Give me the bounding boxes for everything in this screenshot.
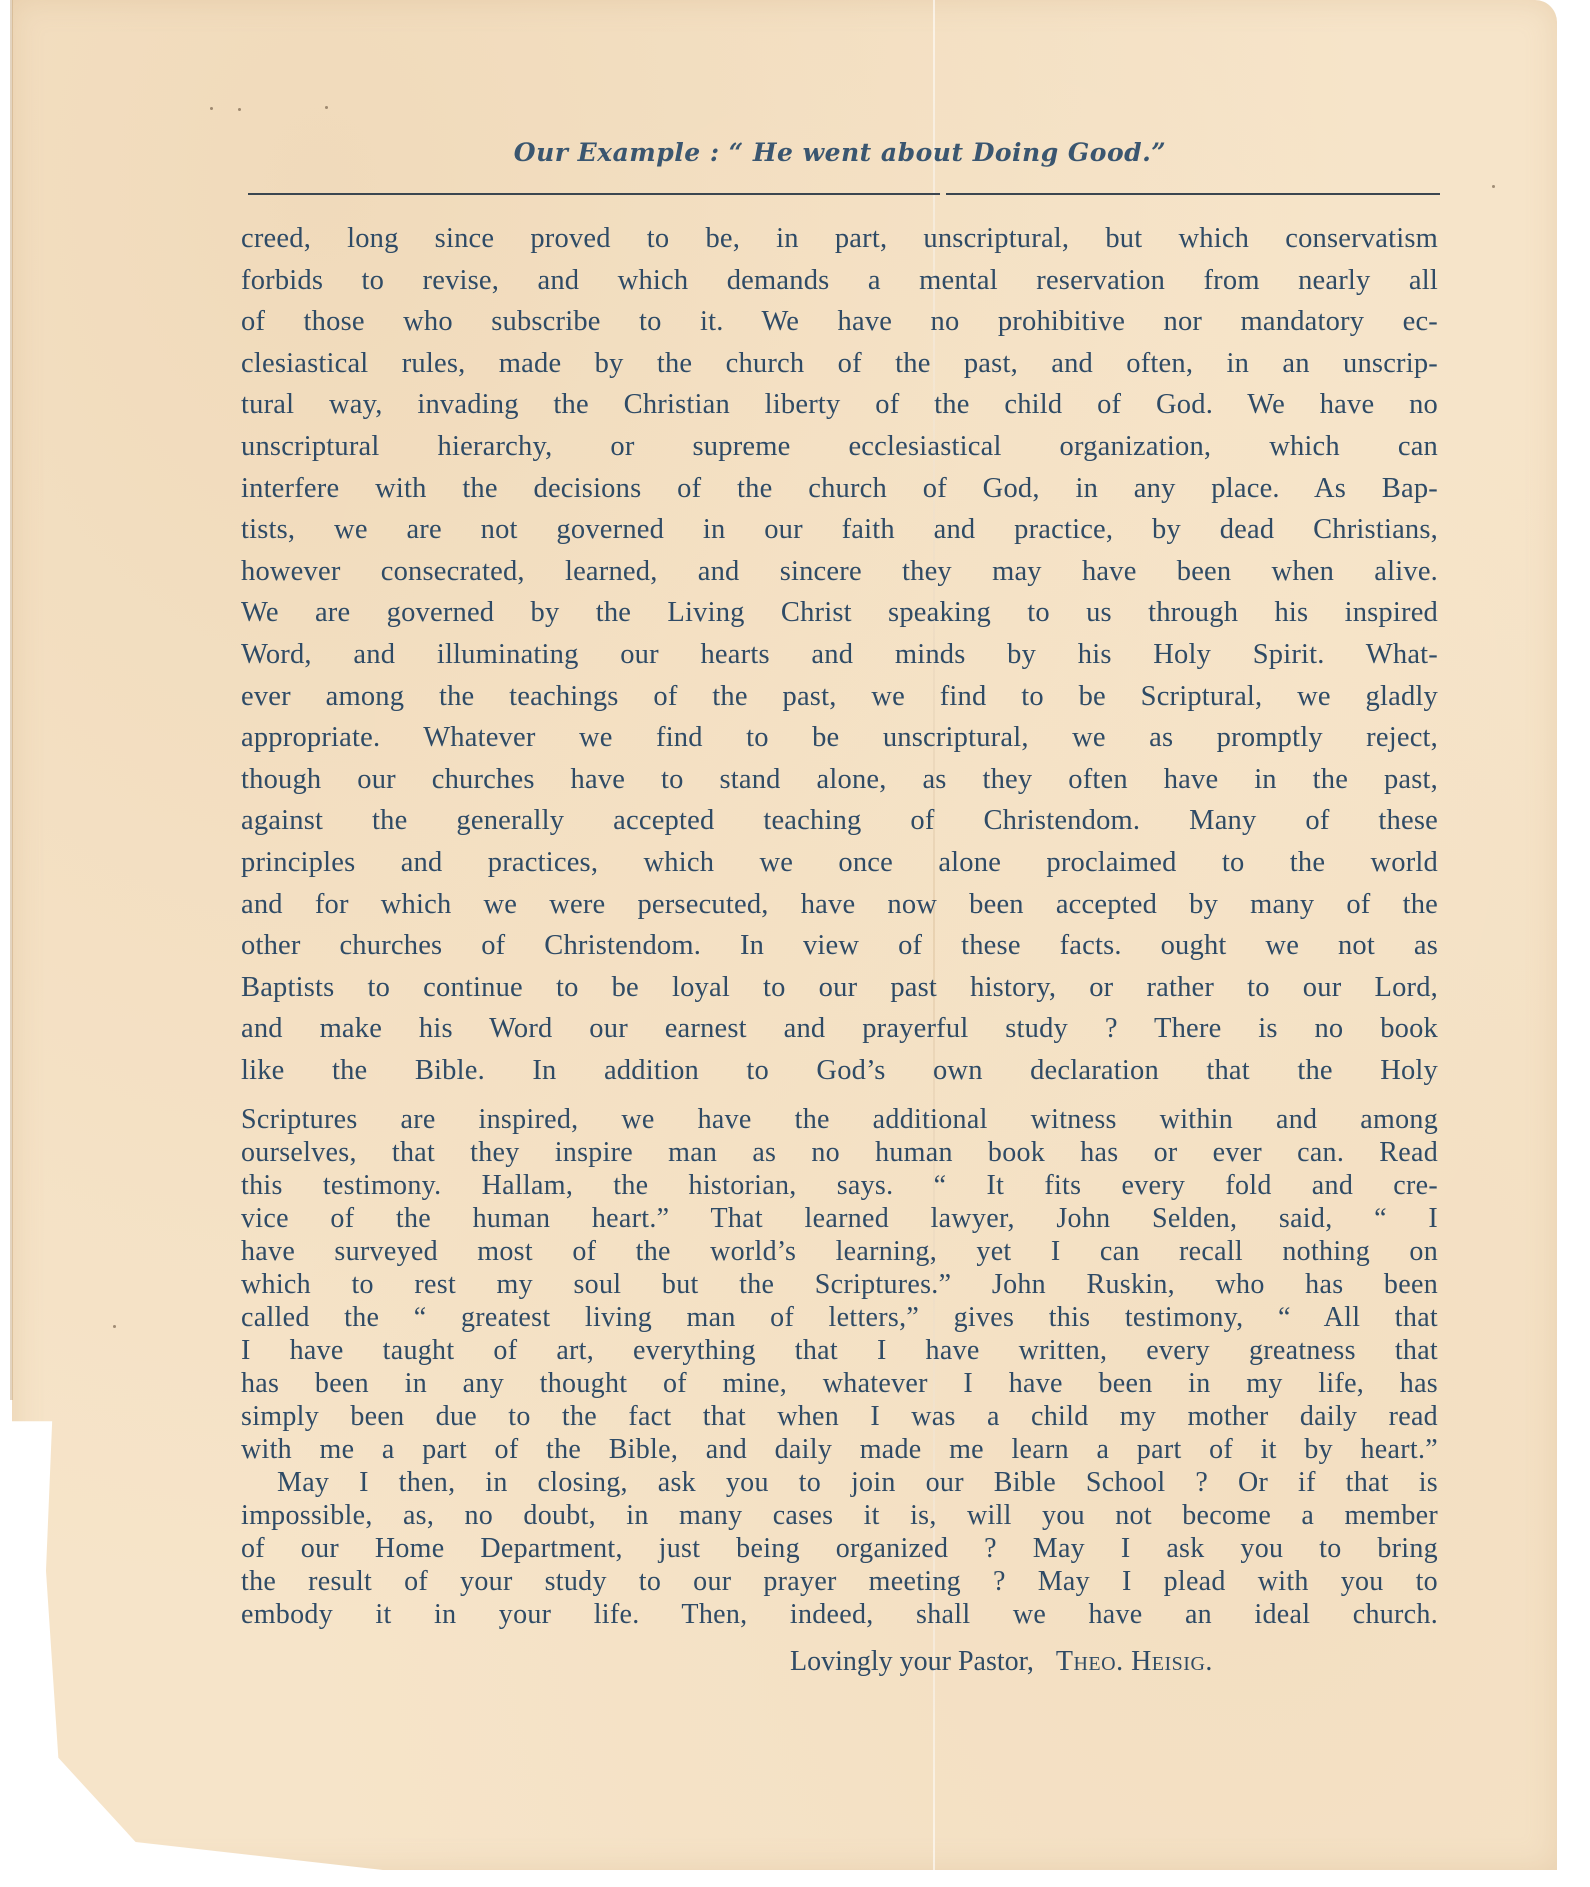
text-line: of those who subscribe to it. We have no… [241, 301, 1438, 343]
text-line: principles and practices, which we once … [241, 842, 1438, 884]
text-line: Baptists to continue to be loyal to our … [241, 967, 1438, 1009]
text-line: the result of your study to our prayer m… [241, 1565, 1438, 1598]
text-line: like the Bible. In addition to God’s own… [241, 1050, 1438, 1092]
body-section-1: creed, long since proved to be, in part,… [241, 218, 1438, 1091]
text-line: with me a part of the Bible, and daily m… [241, 1433, 1438, 1466]
text-line: We are governed by the Living Christ spe… [241, 592, 1438, 634]
text-line: ever among the teachings of the past, we… [241, 676, 1438, 718]
paper-speck [238, 108, 241, 111]
text-line: though our churches have to stand alone,… [241, 759, 1438, 801]
text-line: other churches of Christendom. In view o… [241, 925, 1438, 967]
text-line: which to rest my soul but the Scriptures… [241, 1268, 1438, 1301]
text-line: tists, we are not governed in our faith … [241, 509, 1438, 551]
text-line: has been in any thought of mine, whateve… [241, 1367, 1438, 1400]
paper-speck [113, 1325, 116, 1328]
text-line: interfere with the decisions of the chur… [241, 468, 1438, 510]
signature-block: Lovingly your Pastor,Theo. Heisig. [790, 1646, 1450, 1678]
text-line: clesiastical rules, made by the church o… [241, 343, 1438, 385]
text-line: forbids to revise, and which demands a m… [241, 260, 1438, 302]
text-line: simply been due to the fact that when I … [241, 1400, 1438, 1433]
text-line: unscriptural hierarchy, or supreme eccle… [241, 426, 1438, 468]
closing-paragraph-first-line: May I then, in closing, ask you to join … [241, 1466, 1438, 1499]
text-line: appropriate. Whatever we find to be unsc… [241, 717, 1438, 759]
text-line: have surveyed most of the world’s learni… [241, 1235, 1438, 1268]
text-line: Scriptures are inspired, we have the add… [241, 1103, 1438, 1136]
text-line: against the generally accepted teaching … [241, 800, 1438, 842]
text-line: of our Home Department, just being organ… [241, 1532, 1438, 1565]
signature-salutation: Lovingly your Pastor, [790, 1646, 1034, 1677]
signature-name: Theo. Heisig. [1056, 1646, 1213, 1677]
text-line: however consecrated, learned, and sincer… [241, 551, 1438, 593]
text-line: this testimony. Hallam, the historian, s… [241, 1169, 1438, 1202]
text-line: and for which we were persecuted, have n… [241, 884, 1438, 926]
body-section-2: Scriptures are inspired, we have the add… [241, 1103, 1438, 1631]
text-line: Word, and illuminating our hearts and mi… [241, 634, 1438, 676]
text-line: ourselves, that they inspire man as no h… [241, 1136, 1438, 1169]
paper-speck [325, 106, 328, 109]
paper-speck [210, 107, 213, 110]
text-line: called the “ greatest living man of lett… [241, 1301, 1438, 1334]
header-rule-left [248, 193, 940, 195]
text-line: vice of the human heart.” That learned l… [241, 1202, 1438, 1235]
text-line: tural way, invading the Christian libert… [241, 384, 1438, 426]
text-line: and make his Word our earnest and prayer… [241, 1008, 1438, 1050]
text-line: embody it in your life. Then, indeed, sh… [241, 1598, 1438, 1631]
text-line: impossible, as, no doubt, in many cases … [241, 1499, 1438, 1532]
paper-left-edge [10, 0, 13, 1400]
text-line: creed, long since proved to be, in part,… [241, 218, 1438, 260]
page-header-motto: Our Example : “ He went about Doing Good… [240, 138, 1440, 167]
paper-speck [1492, 185, 1495, 188]
header-rule-right [946, 193, 1440, 195]
text-line: I have taught of art, everything that I … [241, 1334, 1438, 1367]
